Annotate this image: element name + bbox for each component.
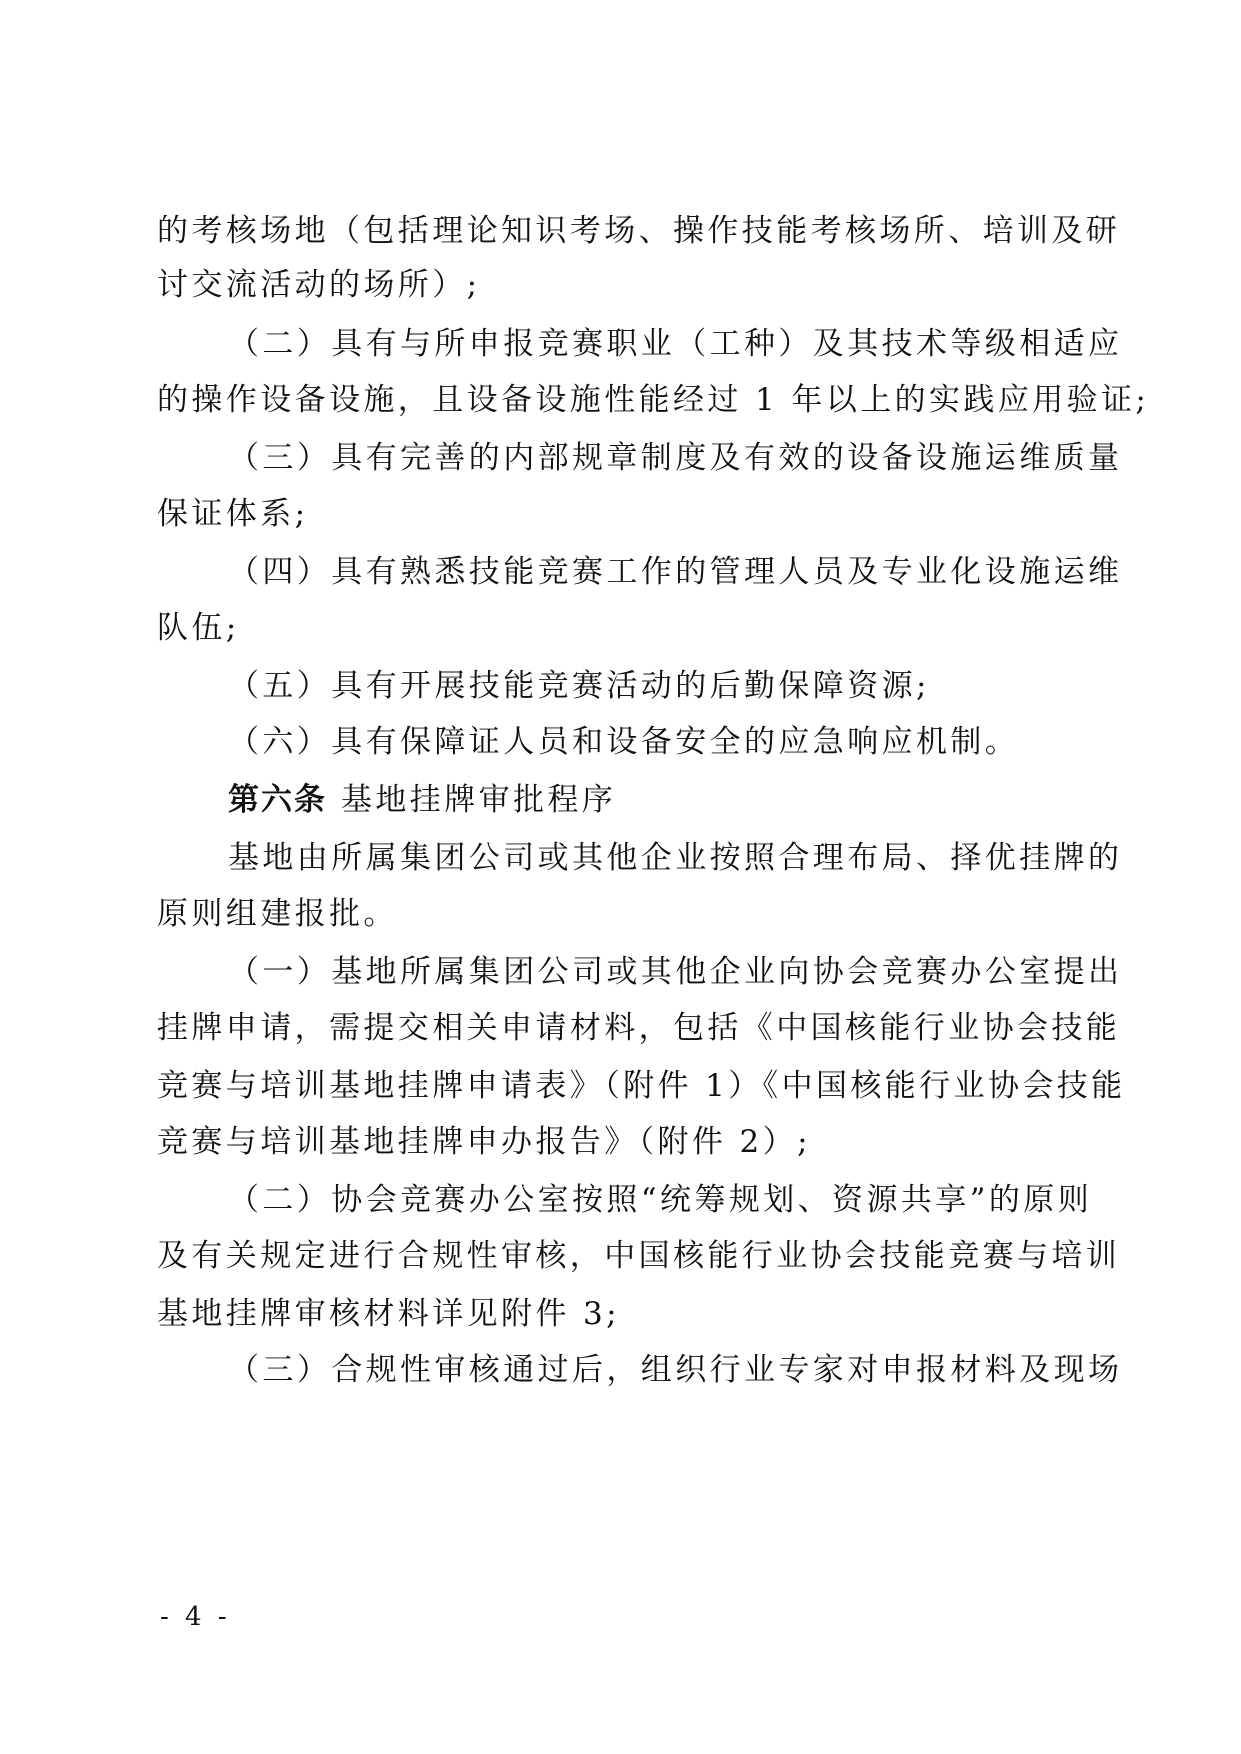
body-line-1: 的考核场地（包括理论知识考场、操作技能考核场所、培训及研 bbox=[157, 211, 1087, 251]
clause-2-line-2: 的操作设备设施，且设备设施性能经过 1 年以上的实践应用验证; bbox=[157, 380, 1087, 420]
procedure-2-line-2: 及有关规定进行合规性审核，中国核能行业协会技能竞赛与培训 bbox=[157, 1236, 1087, 1276]
procedure-2-line-3: 基地挂牌审核材料详见附件 3; bbox=[157, 1294, 1087, 1334]
clause-3-line-2: 保证体系; bbox=[157, 494, 1087, 534]
article-6-intro-line-1: 基地由所属集团公司或其他企业按照合理布局、择优挂牌的 bbox=[228, 838, 1087, 878]
clause-3-line-1: （三）具有完善的内部规章制度及有效的设备设施运维质量 bbox=[228, 438, 1087, 478]
clause-2-line-1: （二）具有与所申报竞赛职业（工种）及其技术等级相适应 bbox=[228, 324, 1087, 364]
clause-6-line-1: （六）具有保障证人员和设备安全的应急响应机制。 bbox=[228, 722, 1087, 762]
procedure-1-line-3: 竞赛与培训基地挂牌申请表》（附件 1）《中国核能行业协会技能 bbox=[157, 1066, 1087, 1106]
clause-4-line-2: 队伍; bbox=[157, 608, 1087, 648]
procedure-1-line-4: 竞赛与培训基地挂牌申办报告》（附件 2）; bbox=[157, 1122, 1087, 1162]
procedure-2-line-1: （二）协会竞赛办公室按照“统筹规划、资源共享”的原则 bbox=[228, 1180, 1087, 1220]
document-page: 的考核场地（包括理论知识考场、操作技能考核场所、培训及研 讨交流活动的场所）; … bbox=[0, 0, 1241, 1754]
page-number: - 4 - bbox=[160, 1602, 231, 1632]
clause-5-line-1: （五）具有开展技能竞赛活动的后勤保障资源; bbox=[228, 666, 1087, 706]
procedure-3-line-1: （三）合规性审核通过后，组织行业专家对申报材料及现场 bbox=[228, 1350, 1087, 1390]
article-6-title: 基地挂牌审批程序 bbox=[341, 782, 616, 818]
article-6-label: 第六条 bbox=[228, 782, 327, 818]
procedure-1-line-2: 挂牌申请，需提交相关申请材料，包括《中国核能行业协会技能 bbox=[157, 1008, 1087, 1048]
article-6-heading: 第六条基地挂牌审批程序 bbox=[228, 780, 1087, 820]
clause-4-line-1: （四）具有熟悉技能竞赛工作的管理人员及专业化设施运维 bbox=[228, 552, 1087, 592]
article-6-intro-line-2: 原则组建报批。 bbox=[157, 894, 1087, 934]
body-line-2: 讨交流活动的场所）; bbox=[157, 265, 1087, 305]
procedure-1-line-1: （一）基地所属集团公司或其他企业向协会竞赛办公室提出 bbox=[228, 952, 1087, 992]
